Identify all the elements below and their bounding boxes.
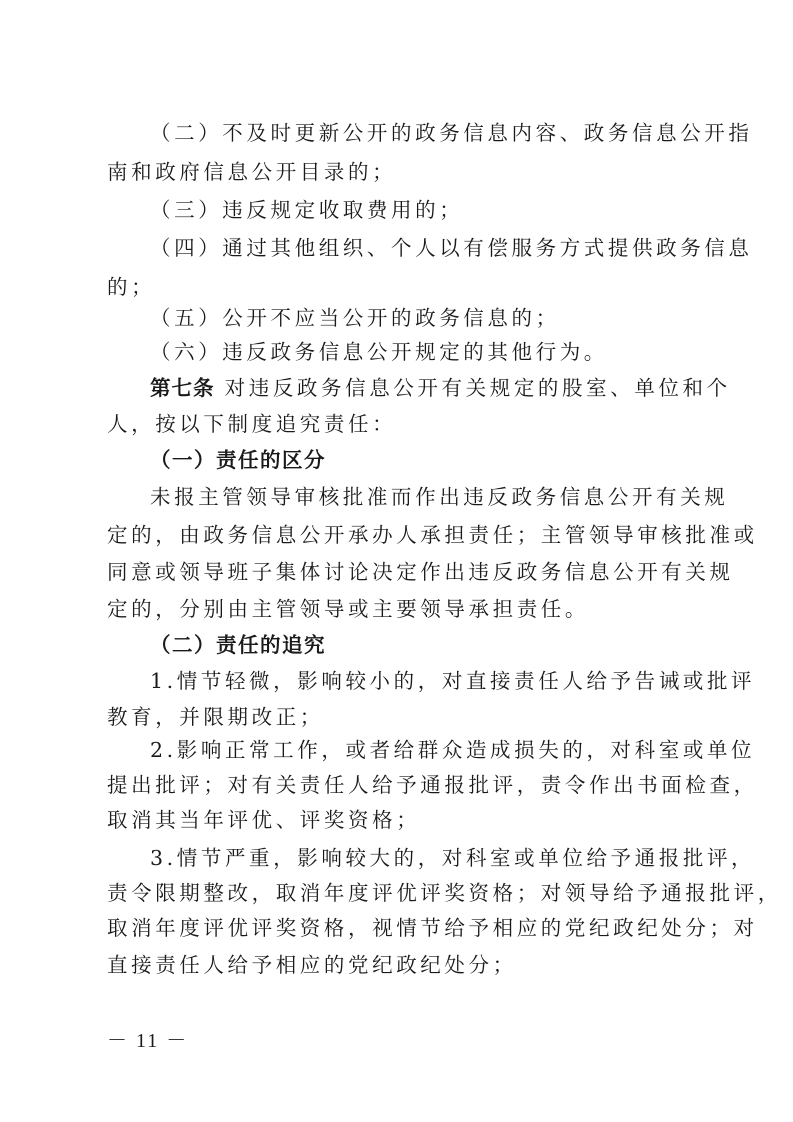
clause-2-line-1: （二）不及时更新公开的政务信息内容、政务信息公开指 [150,120,730,146]
section-1-heading: （一）责任的区分 [150,447,730,473]
section-2-line-3: 2.影响正常工作，或者给群众造成损失的，对科室或单位 [150,737,730,763]
section-2-line-9: 直接责任人给予相应的党纪政纪处分； [107,952,687,978]
section-2-line-1: 1.情节轻微，影响较小的，对直接责任人给予告诫或批评 [150,668,730,694]
section-2-heading: （二）责任的追究 [150,632,730,658]
page-number: － 11 － [107,1024,188,1053]
article-7-text: 对违反政务信息公开有关规定的股室、单位和个 [215,376,731,400]
article-7-line-1: 第七条 对违反政务信息公开有关规定的股室、单位和个 [150,375,730,401]
clause-2-line-2: 南和政府信息公开目录的； [107,159,687,185]
section-2-line-8: 取消年度评优评奖资格，视情节给予相应的党纪政纪处分；对 [107,915,687,941]
document-page: （二）不及时更新公开的政务信息内容、政务信息公开指 南和政府信息公开目录的； （… [0,0,793,1122]
section-2-line-4: 提出批评；对有关责任人给予通报批评，责令作出书面检查， [107,772,687,798]
article-7-line-2: 人，按以下制度追究责任： [107,411,687,437]
clause-5: （五）公开不应当公开的政务信息的； [150,305,730,331]
section-2-line-2: 教育，并限期改正； [107,704,687,730]
section-2-line-6: 3.情节严重，影响较大的，对科室或单位给予通报批评， [150,845,730,871]
section-1-line-3: 同意或领导班子集体讨论决定作出违反政务信息公开有关规 [107,559,687,585]
section-1-line-1: 未报主管领导审核批准而作出违反政务信息公开有关规 [150,484,730,510]
section-1-line-4: 定的，分别由主管领导或主要领导承担责任。 [107,596,687,622]
clause-4-line-1: （四）通过其他组织、个人以有偿服务方式提供政务信息 [150,235,730,261]
clause-4-line-2: 的； [107,274,687,300]
article-7-label: 第七条 [150,376,215,400]
section-1-line-2: 定的，由政务信息公开承办人承担责任；主管领导审核批准或 [107,522,687,548]
clause-3: （三）违反规定收取费用的； [150,197,730,223]
section-2-line-7: 责令限期整改，取消年度评优评奖资格；对领导给予通报批评， [107,880,687,906]
section-2-line-5: 取消其当年评优、评奖资格； [107,807,687,833]
clause-6: （六）违反政务信息公开规定的其他行为。 [150,339,730,365]
